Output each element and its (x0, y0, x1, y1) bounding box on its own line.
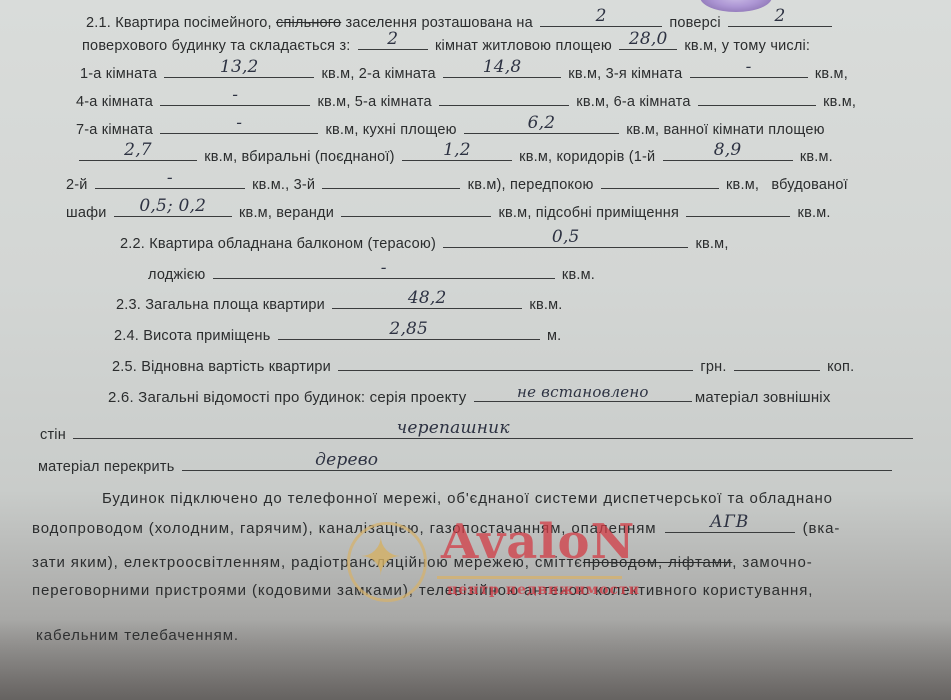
corridor-2-unit: кв.м., 3-й (252, 177, 315, 193)
loggia-field[interactable]: - (213, 264, 555, 279)
section-2-1-line-2: поверхового будинку та складається з: 2 … (82, 35, 810, 54)
section-2-1-line-1: 2.1. Квартира посімейного, спільного зас… (86, 12, 835, 31)
utilities-line-5: кабельним телебаченням. (36, 627, 239, 644)
utilities-line-2: водопроводом (холодним, гарячим), каналі… (32, 518, 840, 537)
balcony-field[interactable]: 0,5 (443, 233, 688, 248)
room-1-field[interactable]: 13,2 (164, 63, 314, 78)
section-2-6-line-3: матеріал перекрить дерево (38, 456, 895, 475)
room-5-unit: кв.м, (576, 94, 609, 110)
built-in-label: вбудованої (771, 177, 848, 193)
wall-material-value: черепашник (0, 420, 913, 437)
loggia-unit: кв.м. (562, 267, 595, 283)
utilities-line-2b: (вка- (803, 520, 841, 537)
utilities-line-3b: , замочно- (732, 554, 812, 571)
room-7-field[interactable]: - (160, 119, 318, 134)
rooms-row-4: 2,7 кв.м, вбиральні (поєднаної) 1,2 кв.м… (76, 146, 833, 165)
room-4-field[interactable]: - (160, 91, 310, 106)
toilet-value: 1,2 (402, 142, 512, 159)
utilities-line-4: переговорними пристроями (кодовими замка… (32, 582, 813, 599)
room-7-value: - (160, 115, 318, 132)
section-2-1-after-struck: заселення розташована на (341, 15, 533, 31)
corridor-1-label: кв.м, коридорів (1-й (519, 149, 655, 165)
section-2-4: 2.4. Висота приміщень 2,85 м. (114, 325, 561, 344)
kitchen-label: кухні площею (363, 122, 457, 138)
hallway-unit: кв.м, (726, 177, 759, 193)
corridor-3-unit: кв.м), передпокою (468, 177, 594, 193)
utility-label: кв.м, підсобні приміщення (498, 205, 679, 221)
section-2-6-line-2: стін черепашник (40, 424, 916, 443)
section-2-5: 2.5. Відновна вартість квартири грн. коп… (112, 356, 854, 375)
floor-value: 2 (540, 8, 662, 25)
section-2-6-line-1: 2.6. Загальні відомості про будинок: сер… (108, 387, 831, 406)
rooms-count-value: 2 (358, 31, 428, 48)
room-2-unit: кв.м, (568, 66, 601, 82)
balcony-unit: кв.м, (695, 236, 728, 252)
corridor-2-field[interactable]: - (95, 174, 245, 189)
veranda-label: кв.м, веранди (239, 205, 334, 221)
veranda-field[interactable] (341, 202, 491, 217)
project-series-label: 2.6. Загальні відомості про будинок: сер… (108, 389, 466, 406)
utility-unit: кв.м. (798, 205, 831, 221)
room-1-value: 13,2 (164, 59, 314, 76)
cost-kop-field[interactable] (734, 356, 820, 371)
utilities-line-2a: водопроводом (холодним, гарячим), каналі… (32, 520, 656, 537)
total-area-unit: кв.м. (529, 297, 562, 313)
rooms-row-2: 4-а кімната - кв.м, 5-а кімната кв.м, 6-… (76, 91, 856, 110)
corridor-2-value: - (95, 170, 245, 187)
utilities-line-1: Будинок підключено до телефонної мережі,… (102, 490, 833, 507)
floor-material-value: дерево (0, 452, 892, 469)
storeys-label: поверхового будинку та складається з: (82, 38, 351, 54)
rooms-count-field[interactable]: 2 (358, 35, 428, 50)
living-area-unit: кв.м, у тому числі: (684, 38, 810, 54)
utilities-line-3a: зати яким), електроосвітленням, радіотра… (32, 554, 583, 571)
hallway-field[interactable] (601, 174, 719, 189)
section-2-2-line-2: лоджією - кв.м. (148, 264, 595, 283)
room-1-label: 1-а кімната (80, 66, 157, 82)
room-7-unit: кв.м, (325, 122, 358, 138)
room-3-value: - (690, 59, 808, 76)
bathroom-value: 2,7 (79, 142, 197, 159)
room-6-field[interactable] (698, 91, 816, 106)
utility-field[interactable] (686, 202, 790, 217)
total-area-field[interactable]: 48,2 (332, 294, 522, 309)
closet-label: шафи (66, 205, 107, 221)
closet-value: 0,5; 0,2 (114, 198, 232, 215)
heating-field[interactable]: АГВ (665, 518, 795, 533)
floor-field[interactable]: 2 (540, 12, 662, 27)
rooms-row-5: 2-й - кв.м., 3-й кв.м), передпокою кв.м,… (66, 174, 848, 193)
storeys-value: 2 (728, 8, 832, 25)
balcony-label: 2.2. Квартира обладнана балконом (терасо… (120, 236, 436, 252)
heating-value: АГВ (665, 514, 795, 531)
room-3-field[interactable]: - (690, 63, 808, 78)
height-label: 2.4. Висота приміщень (114, 328, 271, 344)
corridor-2-label: 2-й (66, 177, 88, 193)
floor-label: поверсі (669, 15, 720, 31)
rooms-row-1: 1-а кімната 13,2 кв.м, 2-а кімната 14,8 … (80, 63, 848, 82)
project-series-field[interactable]: не встановлено (474, 387, 692, 402)
wall-material-field[interactable]: черепашник (73, 424, 913, 439)
room-2-label: 2-а кімната (359, 66, 436, 82)
height-value: 2,85 (278, 321, 540, 338)
room-4-unit: кв.м, (317, 94, 350, 110)
toilet-label: кв.м, вбиральні (поєднаної) (204, 149, 394, 165)
kitchen-field[interactable]: 6,2 (464, 119, 619, 134)
room-7-label: 7-а кімната (76, 122, 153, 138)
loggia-value: - (213, 260, 555, 277)
toilet-field[interactable]: 1,2 (402, 146, 512, 161)
closet-field[interactable]: 0,5; 0,2 (114, 202, 232, 217)
living-area-field[interactable]: 28,0 (619, 35, 677, 50)
corridor-1-value: 8,9 (663, 142, 793, 159)
wall-material-label: матеріал зовнішніх (695, 389, 831, 406)
struck-word: спільного (276, 15, 341, 31)
struck-garbage-lifts: проводом, ліфтами (583, 554, 733, 571)
room-2-value: 14,8 (443, 59, 561, 76)
rooms-row-6: шафи 0,5; 0,2 кв.м, веранди кв.м, підсоб… (66, 202, 831, 221)
total-area-value: 48,2 (332, 290, 522, 307)
room-5-label: 5-а кімната (355, 94, 432, 110)
cost-uah-field[interactable] (338, 356, 693, 371)
room-1-unit: кв.м, (321, 66, 354, 82)
room-6-label: 6-а кімната (614, 94, 691, 110)
cost-uah-unit: грн. (700, 359, 726, 375)
loggia-label: лоджією (148, 267, 205, 283)
corridor-1-field[interactable]: 8,9 (663, 146, 793, 161)
room-2-field[interactable]: 14,8 (443, 63, 561, 78)
cost-kop-unit: коп. (827, 359, 854, 375)
bathroom-label: кв.м, ванної кімнати площею (626, 122, 825, 138)
replacement-cost-label: 2.5. Відновна вартість квартири (112, 359, 331, 375)
height-field[interactable]: 2,85 (278, 325, 540, 340)
corridor-1-unit: кв.м. (800, 149, 833, 165)
project-series-value: не встановлено (474, 385, 692, 400)
rooms-row-3: 7-а кімната - кв.м, кухні площею 6,2 кв.… (76, 119, 825, 138)
storeys-field[interactable]: 2 (728, 12, 832, 27)
total-area-label: 2.3. Загальна площа квартири (116, 297, 325, 313)
corridor-3-field[interactable] (322, 174, 460, 189)
room-4-value: - (160, 87, 310, 104)
section-2-3: 2.3. Загальна площа квартири 48,2 кв.м. (116, 294, 563, 313)
section-2-1-intro: 2.1. Квартира посімейного, (86, 15, 272, 31)
floor-material-field[interactable]: дерево (182, 456, 892, 471)
bathroom-field[interactable]: 2,7 (79, 146, 197, 161)
watermark-rule (437, 576, 622, 579)
section-2-2-line-1: 2.2. Квартира обладнана балконом (терасо… (120, 233, 729, 252)
living-area-label: кімнат житловою площею (435, 38, 612, 54)
room-5-field[interactable] (439, 91, 569, 106)
height-unit: м. (547, 328, 561, 344)
utilities-line-3: зати яким), електроосвітленням, радіотра… (32, 554, 813, 571)
room-3-label: 3-я кімната (606, 66, 683, 82)
room-3-unit: кв.м, (815, 66, 848, 82)
room-6-unit: кв.м, (823, 94, 856, 110)
room-4-label: 4-а кімната (76, 94, 153, 110)
living-area-value: 28,0 (619, 31, 677, 48)
kitchen-value: 6,2 (464, 115, 619, 132)
balcony-value: 0,5 (443, 229, 688, 246)
